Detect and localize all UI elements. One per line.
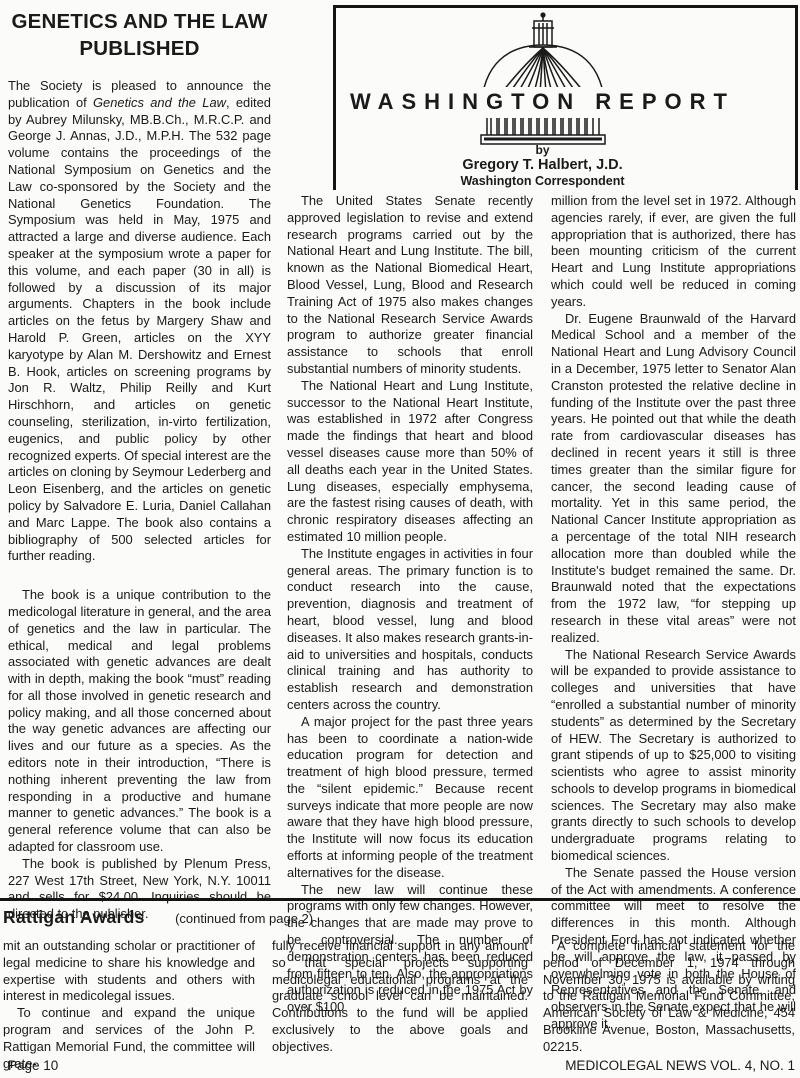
genetics-paragraph-2: The book is a unique contribution to the…: [8, 587, 271, 856]
genetics-p1-after: , edited by Aubrey Milunsky, MB.B.Ch., M…: [8, 95, 271, 564]
genetics-paragraph-1: The Society is pleased to announce the p…: [8, 78, 271, 565]
capitol-dome-icon: [451, 11, 635, 147]
byline-author: Gregory T. Halbert, J.D.: [336, 157, 749, 173]
wr-paragraph: The United States Senate recently approv…: [287, 193, 533, 378]
wr-paragraph: million from the level set in 1972. Alth…: [551, 193, 796, 311]
genetics-article-title: GENETICS AND THE LAW PUBLISHED: [8, 8, 271, 62]
journal-volume-label: MEDICOLEGAL NEWS VOL. 4, NO. 1: [565, 1058, 795, 1073]
wr-paragraph: The National Heart and Lung Institute, s…: [287, 378, 533, 546]
washington-report-title: WASHINGTON REPORT: [336, 87, 749, 118]
rattigan-paragraph: fully receive financial support in any a…: [272, 938, 528, 1056]
genetics-article: GENETICS AND THE LAW PUBLISHED The Socie…: [8, 8, 271, 923]
rattigan-paragraph: A complete financial statement for the p…: [543, 938, 795, 1056]
page-number: Page 10: [8, 1058, 58, 1073]
rattigan-awards-title: Rattigan Awards: [3, 907, 145, 927]
rattigan-awards-heading: Rattigan Awards (continued from page 2): [3, 907, 313, 928]
washington-report-column-1: The United States Senate recently approv…: [287, 193, 533, 1016]
wr-paragraph: The Institute engages in activities in f…: [287, 546, 533, 714]
wr-paragraph: A major project for the past three years…: [287, 714, 533, 882]
byline-role: Washington Correspondent: [336, 174, 749, 188]
genetics-book-title: Genetics and the Law: [93, 95, 226, 110]
rattigan-column-1: mit an outstanding scholar or practition…: [3, 938, 255, 1072]
section-divider-rule: [0, 898, 800, 901]
rattigan-paragraph: mit an outstanding scholar or practition…: [3, 938, 255, 1005]
rattigan-column-2: fully receive financial support in any a…: [272, 938, 528, 1056]
byline-by: by: [336, 143, 749, 157]
washington-report-column-2: million from the level set in 1972. Alth…: [551, 193, 796, 1033]
washington-report-header: WASHINGTON REPORT by Gregory T. Halbert,…: [333, 5, 798, 190]
wr-paragraph: Dr. Eugene Braunwald of the Harvard Medi…: [551, 311, 796, 647]
rattigan-column-3: A complete financial statement for the p…: [543, 938, 795, 1056]
rattigan-awards-continued-note: (continued from page 2): [175, 911, 313, 926]
wr-paragraph: The National Research Service Awards wil…: [551, 647, 796, 865]
